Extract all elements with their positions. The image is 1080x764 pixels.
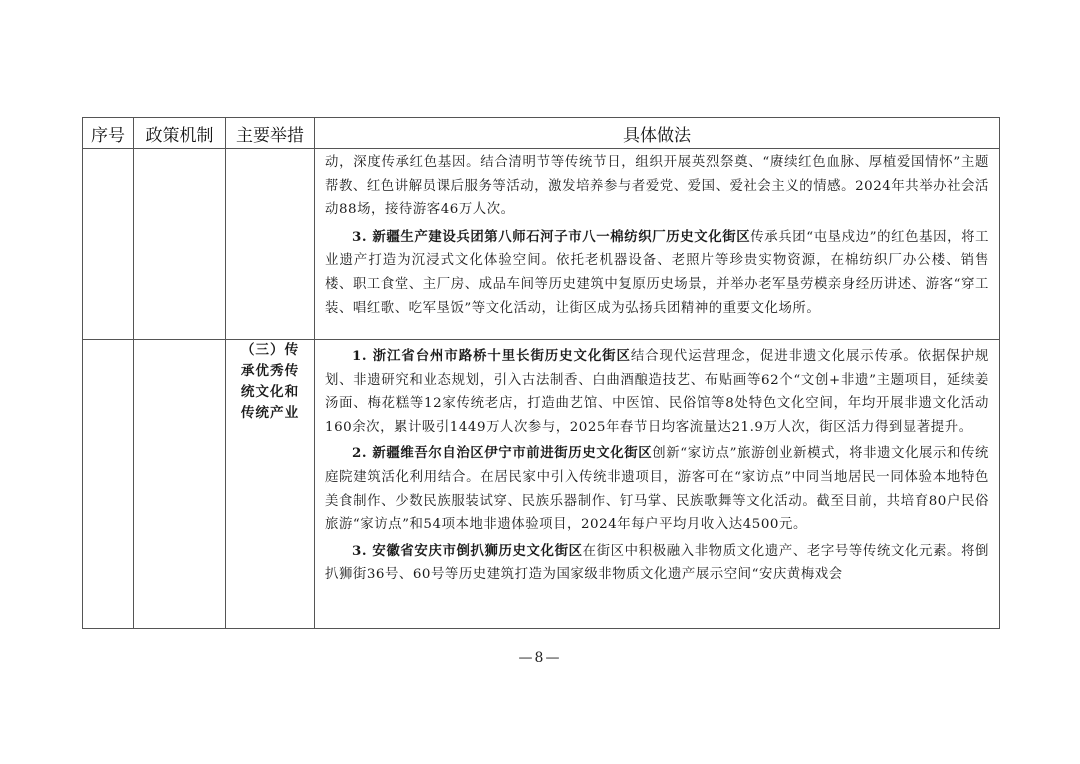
cell-index — [83, 340, 134, 629]
district-name: 3. 新疆生产建设兵团第八师石河子市八一棉纺织厂历史文化街区 — [352, 229, 750, 245]
cell-measure — [226, 149, 315, 340]
cell-measure: （三）传承优秀传统文化和传统产业 — [226, 340, 315, 629]
table-header-row: 序号 政策机制 主要举措 具体做法 — [83, 118, 1000, 149]
table-row: 动，深度传承红色基因。结合清明节等传统节日，组织开展英烈祭奠、“赓续红色血脉、厚… — [83, 149, 1000, 340]
header-measure: 主要举措 — [226, 118, 315, 149]
district-name: 1. 浙江省台州市路桥十里长街历史文化街区 — [352, 348, 631, 364]
district-name: 2. 新疆维吾尔自治区伊宁市前进街历史文化街区 — [352, 445, 652, 461]
district-name: 3. 安徽省安庆市倒扒狮历史文化街区 — [352, 543, 583, 559]
document-page: 序号 政策机制 主要举措 具体做法 动，深度传承红色基因。结合清明节等传统节日，… — [0, 0, 1080, 764]
header-index: 序号 — [83, 118, 134, 149]
page-number: —8— — [0, 650, 1080, 666]
cell-detail: 动，深度传承红色基因。结合清明节等传统节日，组织开展英烈祭奠、“赓续红色血脉、厚… — [315, 149, 1000, 340]
cell-mechanism — [134, 149, 226, 340]
header-detail: 具体做法 — [315, 118, 1000, 149]
header-mechanism: 政策机制 — [134, 118, 226, 149]
detail-paragraph: 3. 安徽省安庆市倒扒狮历史文化街区在街区中积极融入非物质文化遗产、老字号等传统… — [325, 540, 989, 587]
cell-detail: 1. 浙江省台州市路桥十里长街历史文化街区结合现代运营理念，促进非遗文化展示传承… — [315, 340, 1000, 629]
detail-paragraph: 2. 新疆维吾尔自治区伊宁市前进街历史文化街区创新“家访点”旅游创业新模式，将非… — [325, 442, 989, 536]
cell-index — [83, 149, 134, 340]
detail-paragraph: 3. 新疆生产建设兵团第八师石河子市八一棉纺织厂历史文化街区传承兵团“屯垦戍边”… — [325, 226, 989, 320]
cell-mechanism — [134, 340, 226, 629]
detail-paragraph: 1. 浙江省台州市路桥十里长街历史文化街区结合现代运营理念，促进非遗文化展示传承… — [325, 345, 989, 439]
policy-table: 序号 政策机制 主要举措 具体做法 动，深度传承红色基因。结合清明节等传统节日，… — [82, 117, 1000, 629]
measure-label: （三）传承优秀传统文化和传统产业 — [235, 340, 305, 424]
detail-paragraph: 动，深度传承红色基因。结合清明节等传统节日，组织开展英烈祭奠、“赓续红色血脉、厚… — [325, 151, 989, 222]
table-row: （三）传承优秀传统文化和传统产业 1. 浙江省台州市路桥十里长街历史文化街区结合… — [83, 340, 1000, 629]
